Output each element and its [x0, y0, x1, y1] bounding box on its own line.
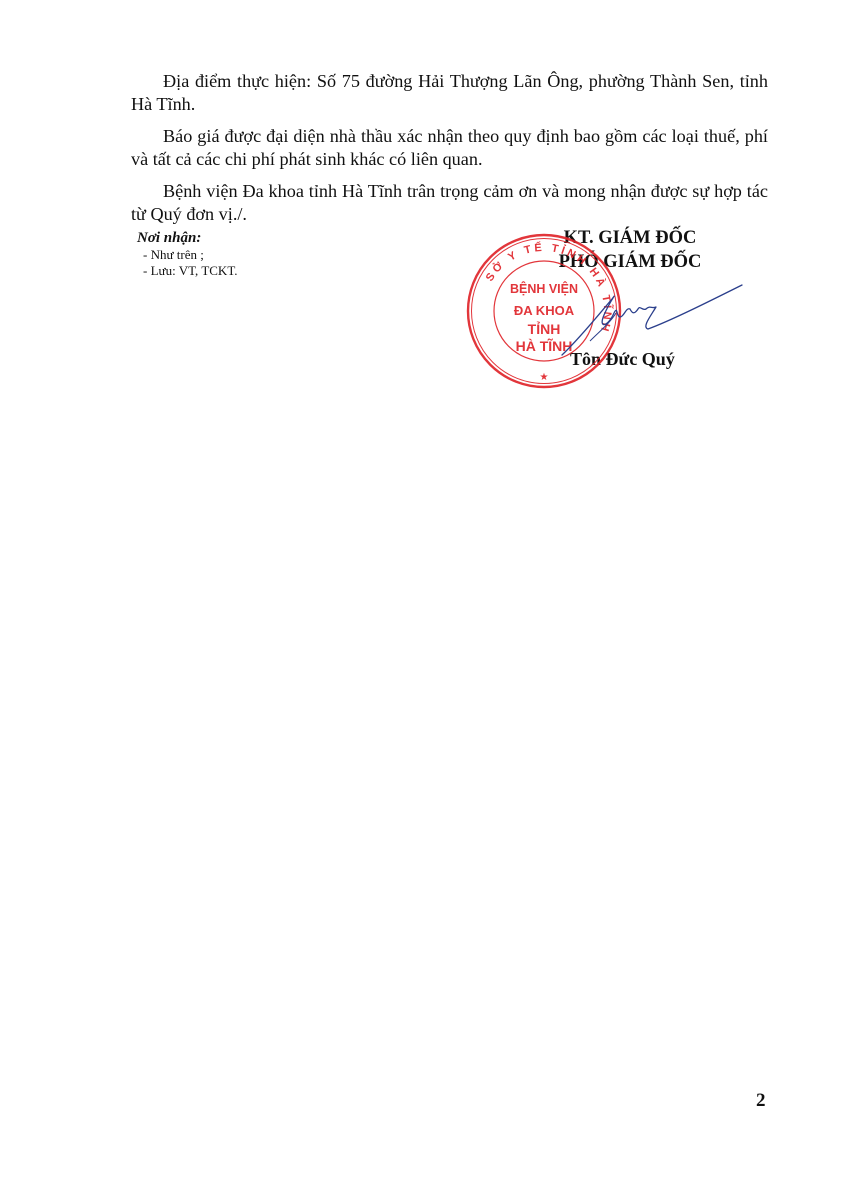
handwritten-signature-icon: [560, 283, 745, 363]
document-body: Địa điểm thực hiện: Số 75 đường Hải Thượ…: [131, 70, 768, 235]
paragraph-location: Địa điểm thực hiện: Số 75 đường Hải Thượ…: [131, 70, 768, 116]
page-number: 2: [756, 1090, 766, 1112]
paragraph-thanks: Bệnh viện Đa khoa tỉnh Hà Tĩnh trân trọn…: [131, 180, 768, 226]
recipients-block: Nơi nhận: - Như trên ; - Lưu: VT, TCKT.: [137, 229, 238, 279]
recipient-item: - Lưu: VT, TCKT.: [143, 263, 238, 279]
recipient-item: - Như trên ;: [143, 247, 238, 263]
svg-text:★: ★: [540, 372, 549, 383]
paragraph-quote-terms: Báo giá được đại diện nhà thầu xác nhận …: [131, 125, 768, 171]
recipients-title: Nơi nhận:: [137, 229, 238, 247]
svg-text:TỈNH: TỈNH: [528, 321, 561, 337]
